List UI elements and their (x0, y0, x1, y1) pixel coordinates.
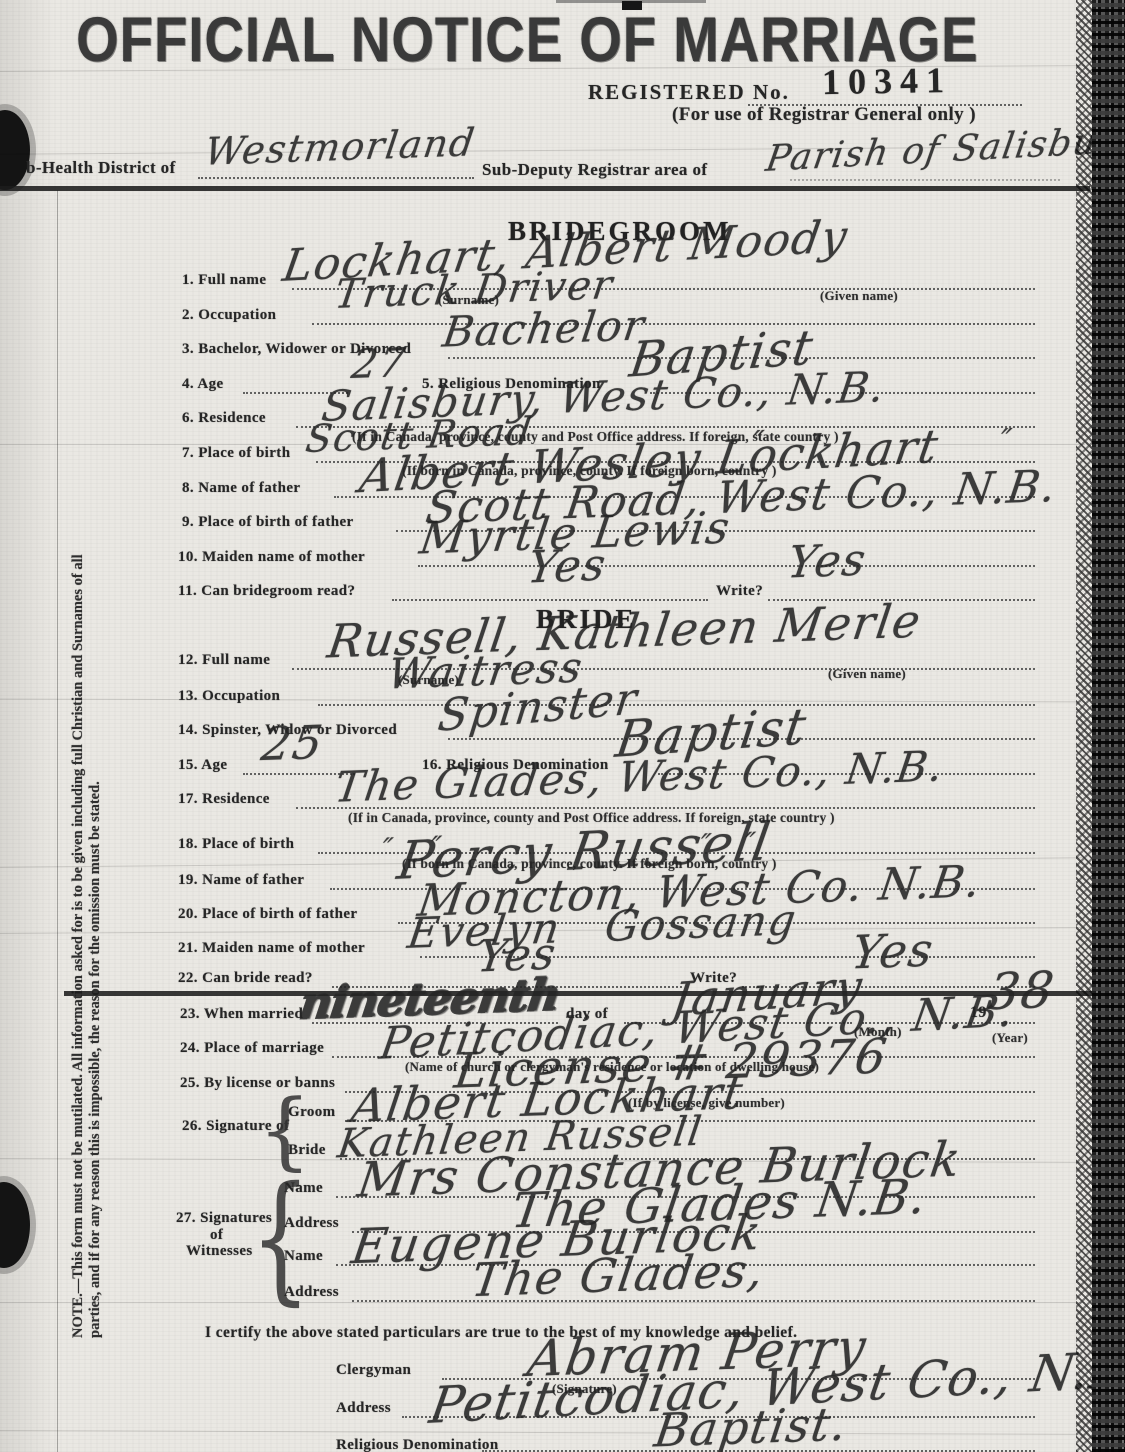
field-9-label: 9. Place of birth of father (182, 514, 354, 531)
health-district-value: Westmorland (202, 123, 478, 171)
witness1-name-label: Name (284, 1180, 323, 1197)
groom-write-value: Yes (785, 539, 870, 586)
bride-age-value: 25 (259, 719, 327, 767)
field-20-label: 20. Place of birth of father (178, 906, 358, 923)
given-name-caption: (Given name) (828, 666, 906, 682)
bride-mother-value: Evelyn Gossang (405, 899, 799, 955)
clergyman-label: Clergyman (336, 1362, 411, 1379)
witness2-address-label: Address (284, 1284, 339, 1301)
punch-hole-top (0, 110, 30, 190)
witness1-address-label: Address (284, 1215, 339, 1232)
dotted-line (790, 179, 1060, 181)
dotted-line (198, 177, 474, 179)
clergyman-religion-value: Baptist. (652, 1401, 851, 1452)
marriage-notice-document: OFFICIAL NOTICE OF MARRIAGE REGISTERED N… (0, 0, 1125, 1452)
scan-noise-strip (1092, 0, 1125, 1452)
field-13-label: 13. Occupation (178, 688, 280, 705)
dotted-line (352, 1300, 1035, 1302)
witness2-name-label: Name (284, 1248, 323, 1265)
dotted-line (418, 565, 1035, 567)
field-7-label: 7. Place of birth (182, 445, 290, 462)
groom-status-value: Bachelor (440, 304, 648, 353)
field-10-label: 10. Maiden name of mother (178, 549, 365, 566)
clergyman-religion-label: Religious Denomination (336, 1437, 499, 1452)
field-23-label: 23. When married (180, 1006, 303, 1023)
field-21-label: 21. Maiden name of mother (178, 940, 365, 957)
dotted-line (392, 599, 708, 601)
scan-line (0, 1430, 1085, 1435)
field-8-label: 8. Name of father (182, 480, 300, 497)
groom-read-value: Yes (525, 544, 610, 591)
field-11-label: 11. Can bridegroom read? (178, 583, 355, 600)
header-rule (0, 186, 1090, 191)
witness2-address-value: The Glades, (469, 1247, 768, 1303)
field-4-label: 4. Age (182, 376, 224, 393)
subdeputy-area-label: Sub-Deputy Registrar area of (482, 160, 707, 180)
field-27-label-line2: of (210, 1227, 223, 1244)
left-margin-line (57, 190, 58, 1452)
margin-note-line1: NOTE.—This form must not be mutilated. A… (70, 388, 87, 1338)
field-1-label: 1. Full name (182, 272, 266, 289)
field-27-label-line3: Witnesses (186, 1243, 253, 1260)
field-15-label: 15. Age (178, 757, 227, 774)
field-17-label: 17. Residence (178, 791, 270, 808)
field-18-label: 18. Place of birth (178, 836, 294, 853)
margin-note: NOTE.—This form must not be mutilated. A… (70, 388, 104, 1338)
ditto-mark: ″ (998, 426, 1015, 457)
registered-no-label: REGISTERED No. (588, 80, 790, 105)
field-11-write-label: Write? (716, 583, 763, 600)
groom-sig-label: Groom (288, 1104, 336, 1121)
margin-note-line2: parties, and if for any reason this is i… (87, 388, 104, 1338)
subdeputy-area-value: Parish of Salisbury (763, 122, 1125, 178)
given-name-caption: (Given name) (820, 288, 898, 304)
bride-residence-value: The Glades, West Co., N.B. (332, 745, 947, 808)
dotted-line (312, 323, 1035, 325)
field-2-label: 2. Occupation (182, 307, 276, 324)
field-19-label: 19. Name of father (178, 872, 304, 889)
health-district-label: b-Health District of (26, 158, 176, 178)
registrar-only-note: (For use of Registrar General only ) (672, 104, 976, 126)
field-12-label: 12. Full name (178, 652, 270, 669)
registered-no-value: 10341 (822, 59, 953, 103)
clergyman-address-label: Address (336, 1400, 391, 1417)
field-24-label: 24. Place of marriage (180, 1040, 324, 1057)
field-22-label: 22. Can bride read? (178, 970, 313, 987)
field-6-label: 6. Residence (182, 410, 266, 427)
punch-hole-bottom (0, 1182, 30, 1268)
